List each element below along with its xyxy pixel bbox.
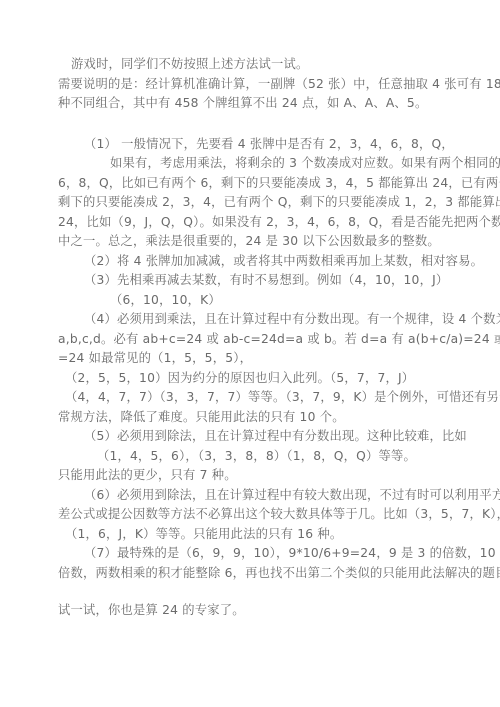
text-line: 需要说明的是：经计算机准确计算，一副牌（52 张）中，任意抽取 4 张可有 18… <box>58 75 458 95</box>
text-line: 剩下的只要能凑成 2，3，4，已有两个 Q，剩下的只要能凑成 1，2，3 都能算… <box>58 193 458 213</box>
text-line: a,b,c,d。必有 ab+c=24 或 ab-c=24d=a 或 b。若 d=… <box>58 330 458 350</box>
text-line: （3）先相乘再减去某数，有时不易想到。例如（4，10，10，J） <box>58 271 458 291</box>
text-line: 24，比如（9，J，Q，Q）。如果没有 2，3，4，6，8，Q，看是否能先把两个… <box>58 213 458 233</box>
text-line: （2，5，5，10）因为约分的原因也归入此列。（5，7，7，J） <box>58 369 458 389</box>
text-line: 倍数，两数相乘的积才能整除 6，再也找不出第二个类似的只能用此法解决的题目了。 <box>58 564 458 584</box>
text-line: （4）必须用到乘法，且在计算过程中有分数出现。有一个规律，设 4 个数为 <box>58 310 458 330</box>
text-line: 6，8，Q，比如已有两个 6，剩下的只要能凑成 3，4，5 都能算出 24，已有… <box>58 174 458 194</box>
text-line: 只能用此法的更少，只有 7 种。 <box>58 466 458 486</box>
text-line: （5）必须用到除法，且在计算过程中有分数出现。这种比较难，比如 <box>58 427 458 447</box>
text-line: （6）必须用到除法，且在计算过程中有较大数出现，不过有时可以利用平方 <box>58 486 458 506</box>
text-line: 游戏时，同学们不妨按照上述方法试一试。 <box>58 55 458 75</box>
text-line: （1，6，J，K）等等。只能用此法的只有 16 种。 <box>58 525 458 545</box>
text-line: （2）将 4 张牌加加减减，或者将其中两数相乘再加上某数，相对容易。 <box>58 252 458 272</box>
text-line: （4，4，7，7）（3，3，7，7）等等。（3，7，9，K）是个例外，可惜还有另… <box>58 388 458 408</box>
document-text-block: 游戏时，同学们不妨按照上述方法试一试。需要说明的是：经计算机准确计算，一副牌（5… <box>58 55 458 621</box>
text-line: （1，4，5，6），（3，3，8，8）（1，8，Q，Q）等等。 <box>58 447 458 467</box>
text-line: 常规方法，降低了难度。只能用此法的只有 10 个。 <box>58 408 458 428</box>
text-line: （6，10，10，K） <box>58 291 458 311</box>
text-line: （7）最特殊的是（6，9，9，10），9*10/6+9=24，9 是 3 的倍数… <box>58 544 458 564</box>
text-line: （1） 一般情况下，先要看 4 张牌中是否有 2，3，4，6，8，Q， <box>58 135 458 155</box>
text-line: =24 如最常见的（1，5，5，5）， <box>58 349 458 369</box>
scanned-document-page: 游戏时，同学们不妨按照上述方法试一试。需要说明的是：经计算机准确计算，一副牌（5… <box>0 0 500 707</box>
text-line: 种不同组合，其中有 458 个牌组算不出 24 点，如 A、A、A、5。 <box>58 94 458 114</box>
text-line: 中之一。总之，乘法是很重要的，24 是 30 以下公因数最多的整数。 <box>58 232 458 252</box>
text-line: 如果有，考虑用乘法，将剩余的 3 个数凑成对应数。如果有两个相同的 <box>58 154 458 174</box>
text-line: 试一试，你也是算 24 的专家了。 <box>58 601 458 621</box>
text-line: 差公式或提公因数等方法不必算出这个较大数具体等于几。比如（3，5，7，K）， <box>58 505 458 525</box>
